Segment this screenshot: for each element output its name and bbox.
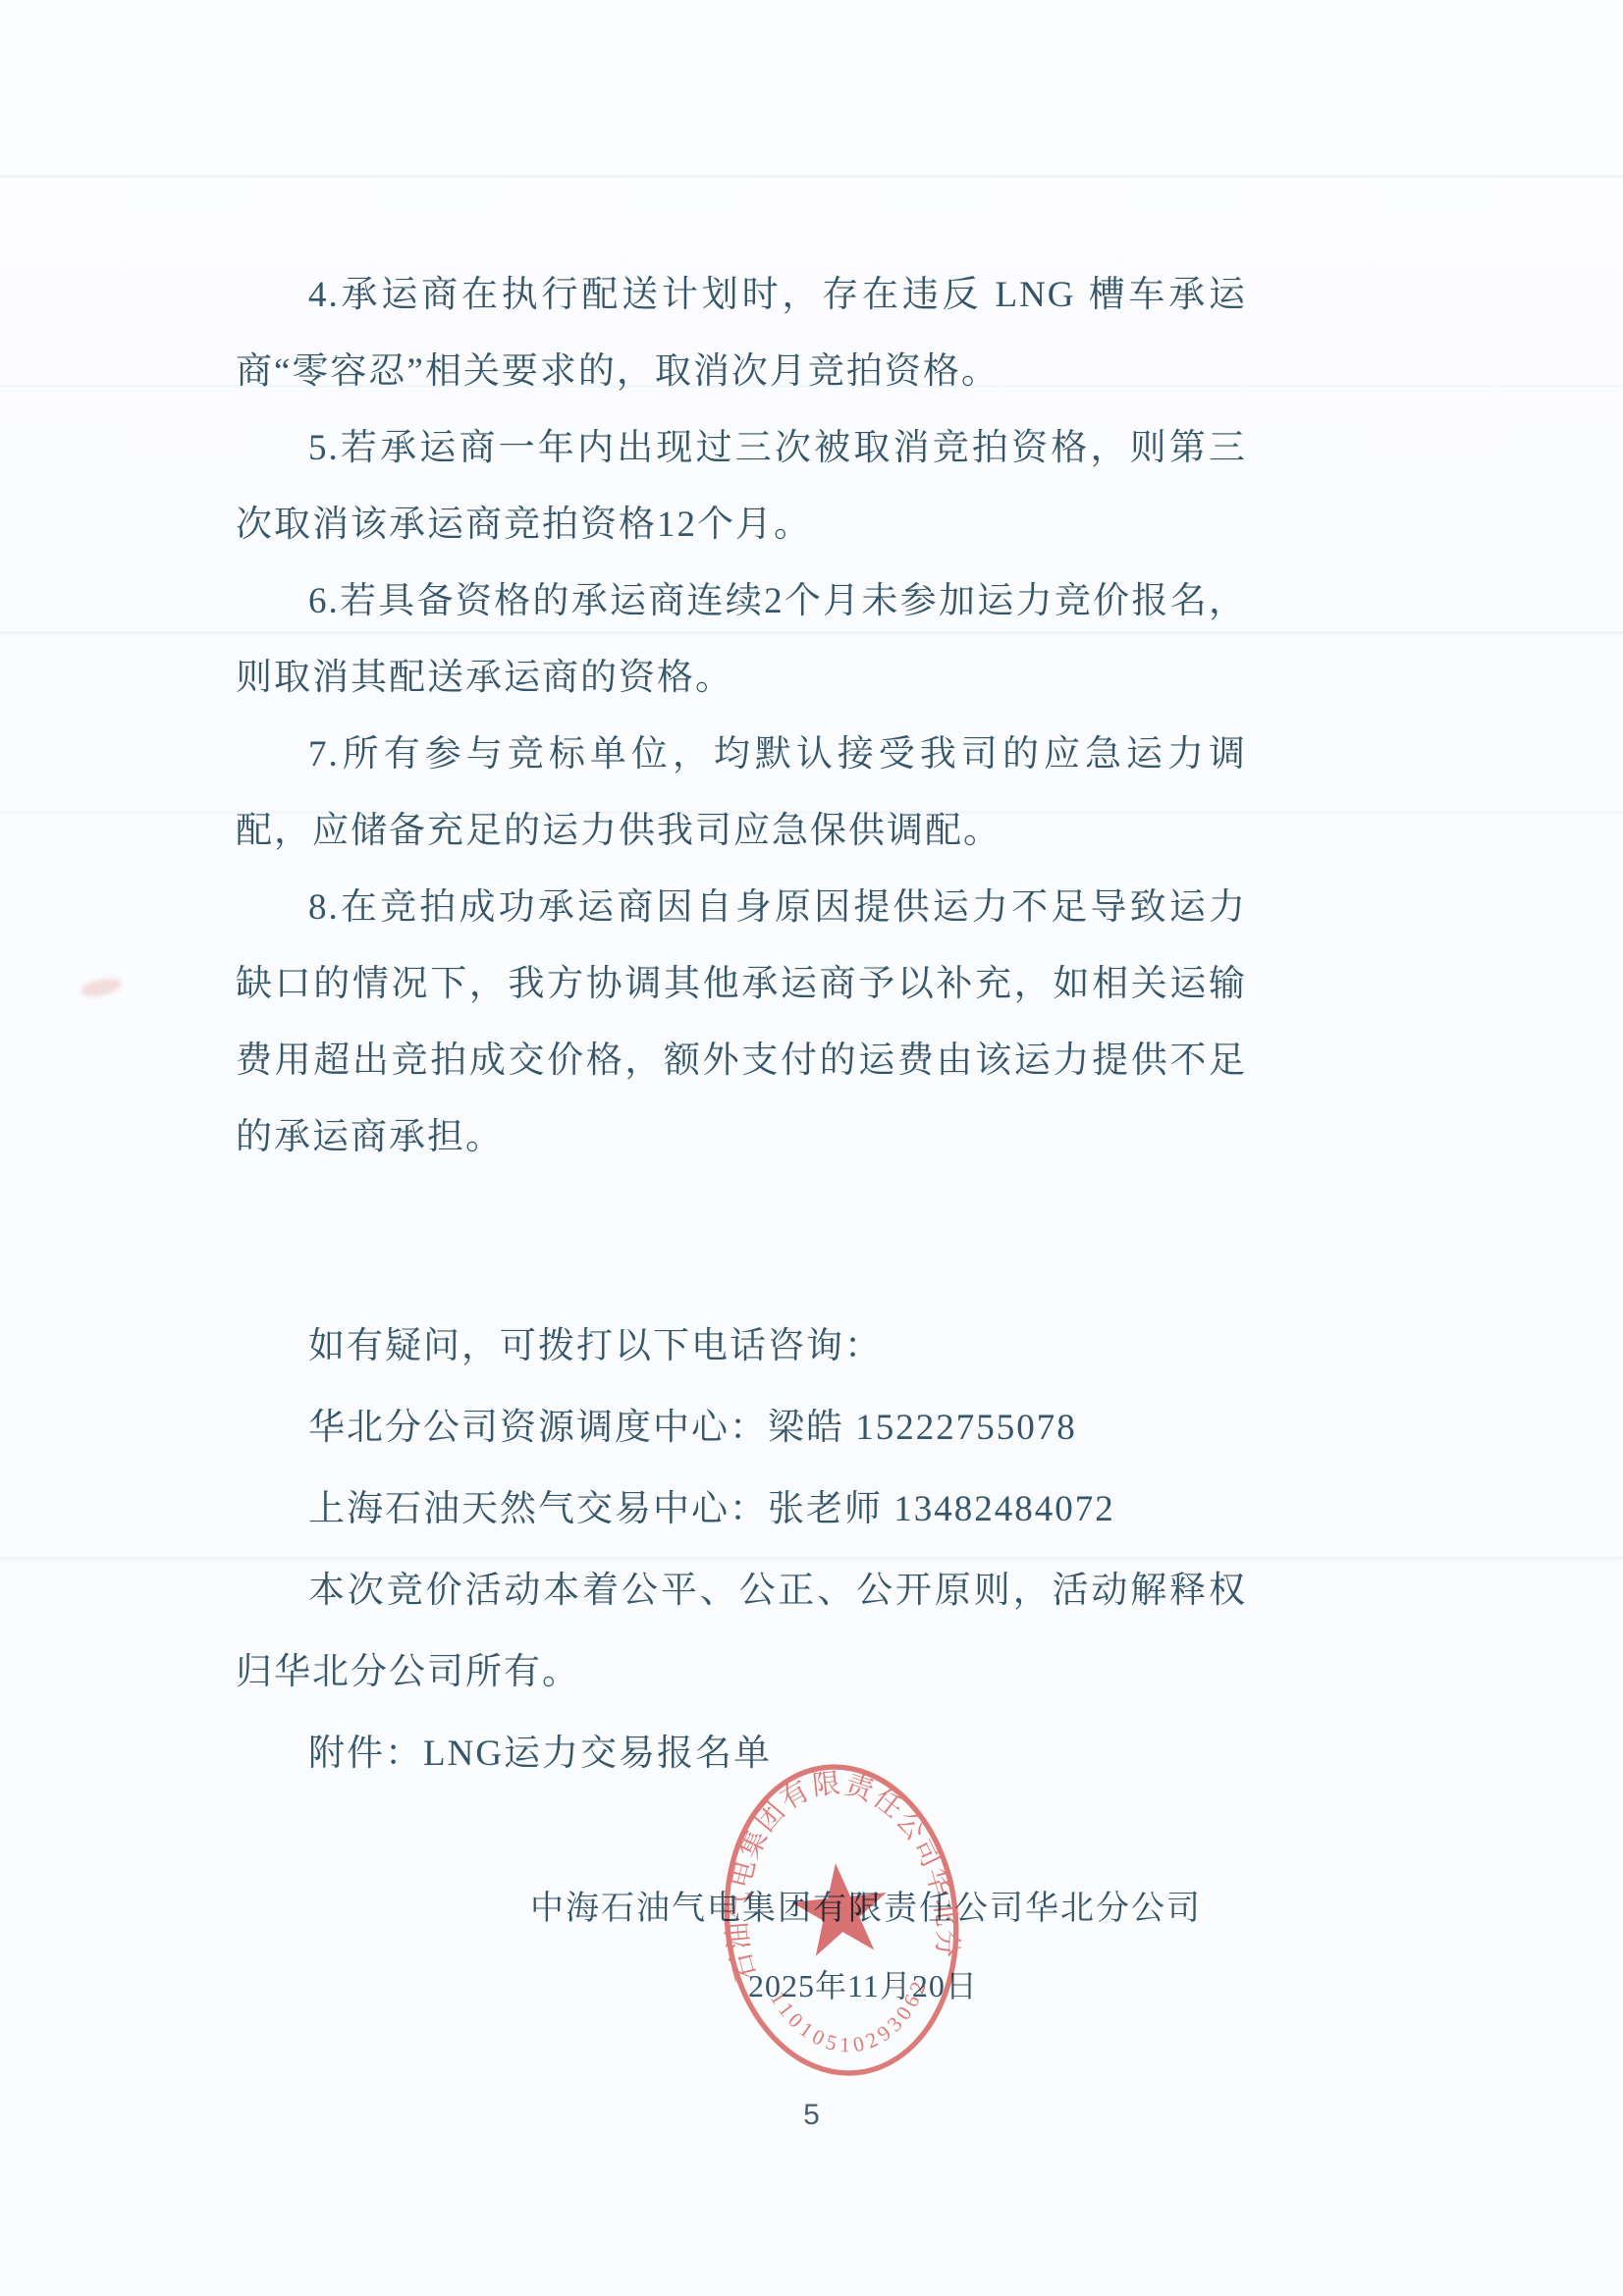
attachment-line: 附件：LNG运力交易报名单 xyxy=(236,1713,1247,1794)
contact-line-shanghai: 上海石油天然气交易中心：张老师 13482484072 xyxy=(236,1468,1247,1550)
scan-streak xyxy=(0,175,1623,178)
clause-4: 4.承运商在执行配送计划时，存在违反 LNG 槽车承运商“零容忍”相关要求的，取… xyxy=(236,257,1247,410)
contact-section: 如有疑问，可拨打以下电话咨询： 华北分公司资源调度中心：梁皓 152227550… xyxy=(236,1306,1247,1794)
contact-intro: 如有疑问，可拨打以下电话咨询： xyxy=(236,1306,1247,1387)
clauses-section: 4.承运商在执行配送计划时，存在违反 LNG 槽车承运商“零容忍”相关要求的，取… xyxy=(236,257,1247,1176)
document-page: 4.承运商在执行配送计划时，存在违反 LNG 槽车承运商“零容忍”相关要求的，取… xyxy=(0,0,1623,2296)
contact-line-north-china: 华北分公司资源调度中心：梁皓 15222755078 xyxy=(236,1387,1247,1468)
signature-date: 2025年11月20日 xyxy=(748,1961,978,2006)
clause-5: 5.若承运商一年内出现过三次被取消竞拍资格，则第三次取消该承运商竞拍资格12个月… xyxy=(236,410,1247,563)
page-number: 5 xyxy=(0,2099,1623,2132)
clause-8: 8.在竞拍成功承运商因自身原因提供运力不足导致运力缺口的情况下，我方协调其他承运… xyxy=(236,870,1247,1176)
signature-company: 中海石油气电集团有限责任公司华北分公司 xyxy=(530,1881,1202,1929)
clause-7: 7.所有参与竞标单位，均默认接受我司的应急运力调配，应储备充足的运力供我司应急保… xyxy=(236,717,1247,870)
clause-6: 6.若具备资格的承运商连续2个月未参加运力竞价报名，则取消其配送承运商的资格。 xyxy=(236,563,1247,717)
closing-statement: 本次竞价活动本着公平、公正、公开原则，活动解释权归华北分公司所有。 xyxy=(236,1550,1247,1713)
ink-smudge xyxy=(80,976,123,999)
